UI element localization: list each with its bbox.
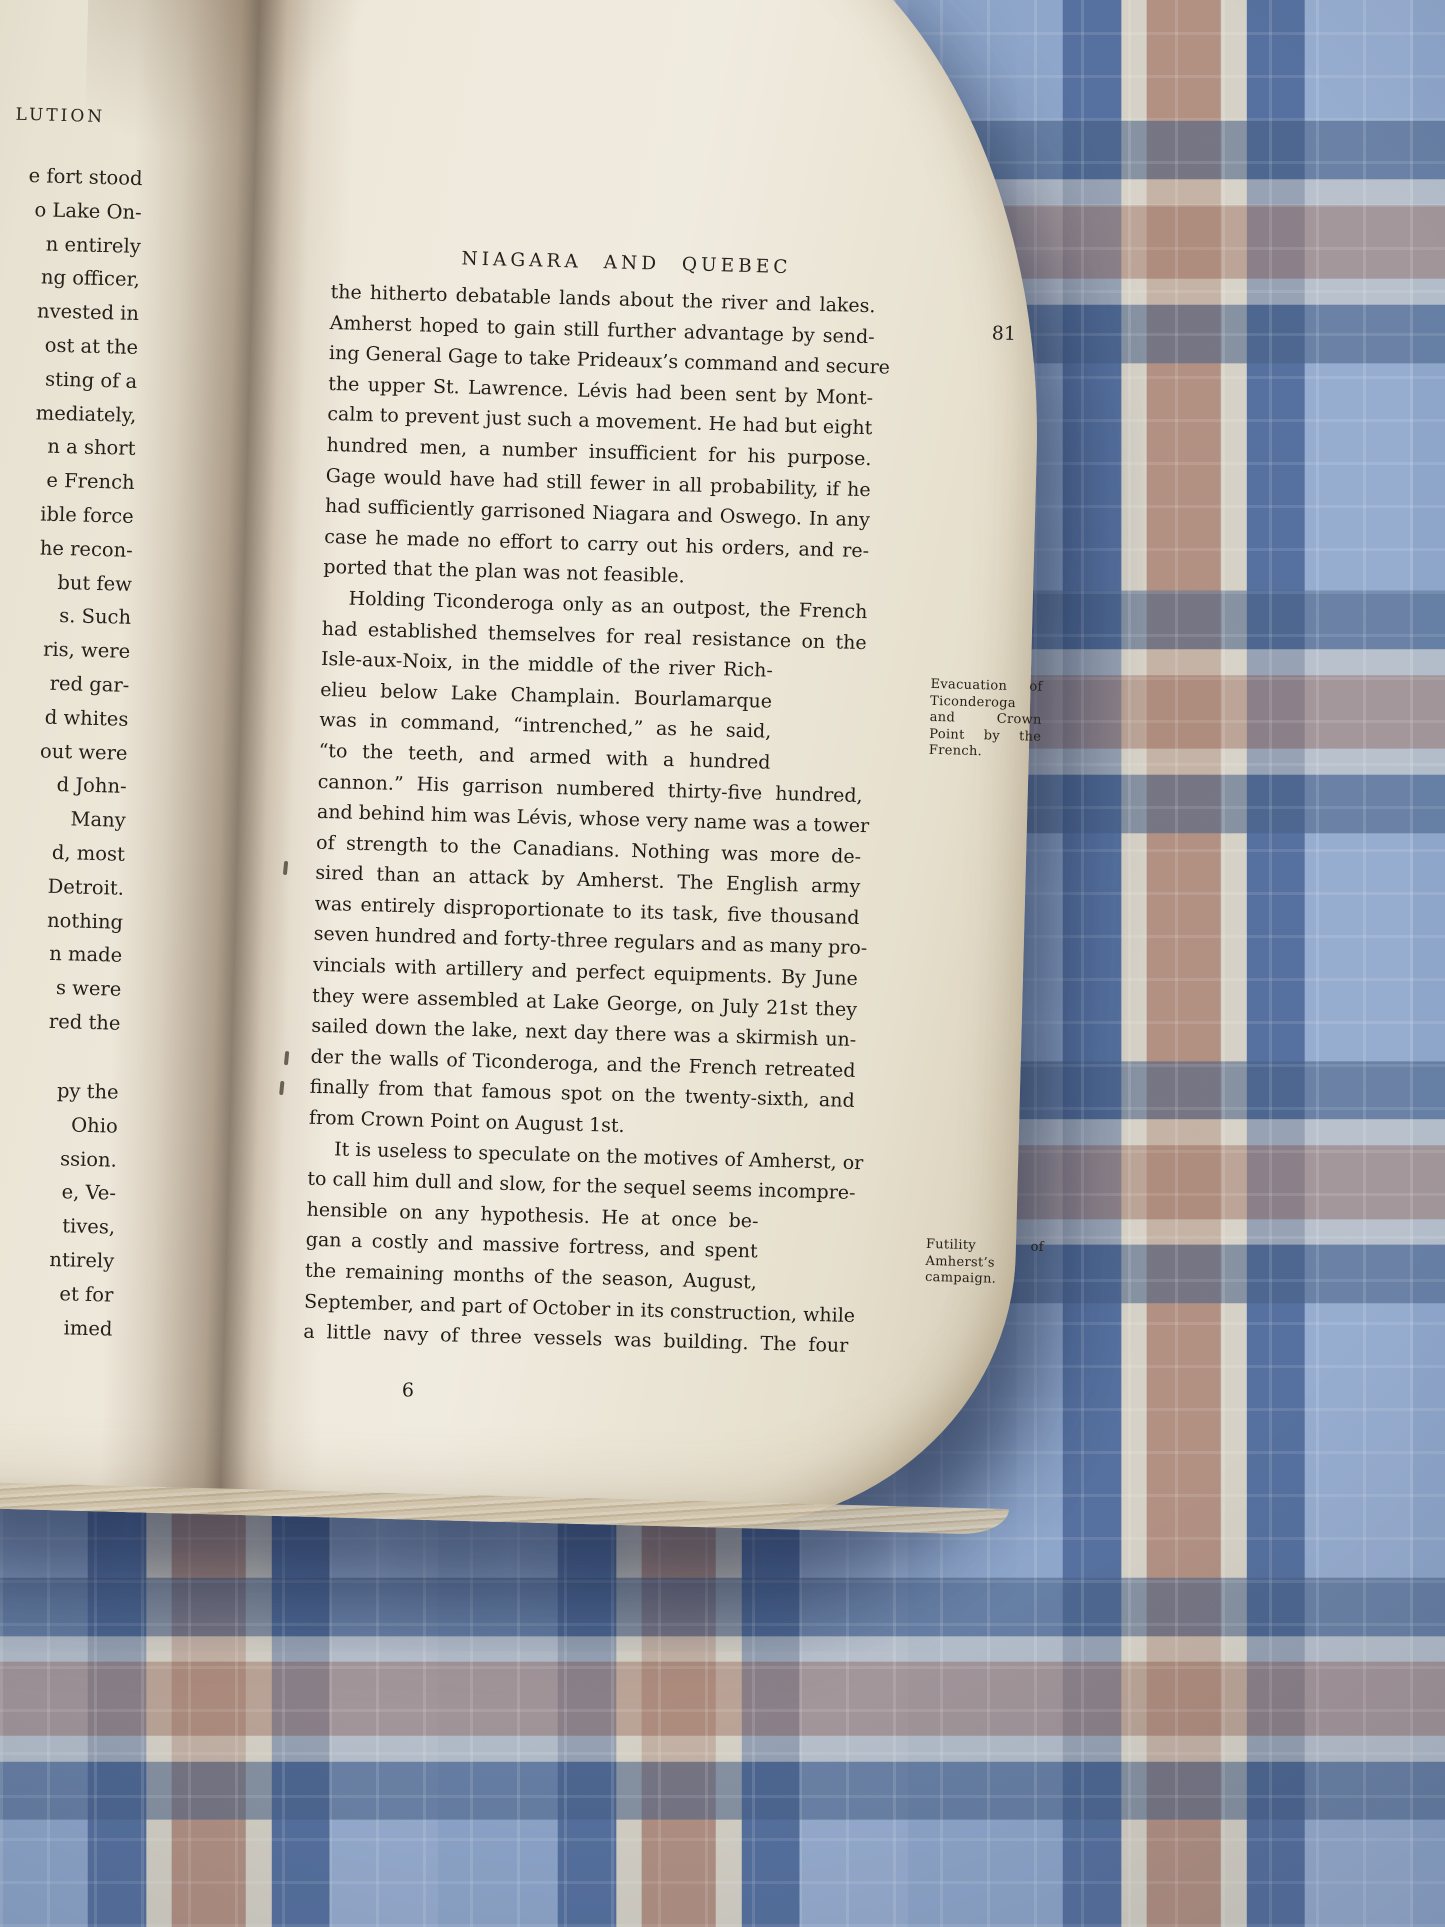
left-page-line-fragment: nvested in — [0, 290, 139, 331]
left-page-text-fragments: e fort stood o Lake On- n entirely ng of… — [0, 155, 143, 1041]
left-page-line-fragment: py the — [0, 1068, 119, 1109]
left-page-text-fragments-bottom: py the Ohio ssion. e, Ve- tives, ntirely… — [0, 1068, 119, 1346]
left-page-line-fragment: Many — [0, 797, 126, 838]
left-page-line-fragment: e, Ve- — [0, 1170, 116, 1211]
left-page-line-fragment: tives, — [0, 1204, 116, 1245]
left-page-line-fragment: s. Such — [0, 594, 131, 635]
left-page-line-fragment: Ohio — [0, 1102, 118, 1143]
left-page-line-fragment: s were — [0, 966, 122, 1007]
right-page-text-column: the hitherto debatable lands about the r… — [303, 277, 876, 1362]
left-page-line-fragment: o Lake On- — [0, 189, 142, 230]
left-page-line-fragment: et for — [0, 1271, 114, 1312]
left-page-line-fragment: he recon- — [0, 526, 133, 567]
running-head-title: NIAGARA AND QUEBEC — [376, 246, 876, 280]
left-page-line-fragment: d John- — [0, 763, 127, 804]
right-page-header: NIAGARA AND QUEBEC 81 — [331, 245, 876, 280]
page-number: 81 — [991, 322, 1016, 345]
left-page-line-fragment: sting of a — [0, 357, 138, 398]
left-page-line-fragment: n entirely — [0, 222, 141, 263]
signature-mark: 6 — [402, 1379, 415, 1401]
left-page-line-fragment: e French — [0, 459, 135, 500]
margin-note-futility: Futility of Amherst’s campaign. — [925, 1237, 1044, 1290]
left-page-line-fragment: n a short — [0, 425, 136, 466]
left-page-line-fragment: n made — [0, 932, 123, 973]
left-page-line-fragment: d whites — [0, 695, 129, 736]
left-page-line-fragment: e fort stood — [0, 155, 143, 196]
left-page-line-fragment: ris, were — [0, 628, 131, 669]
margin-note-evacuation: Evacuation of Ticonderoga and Crown Poin… — [929, 677, 1043, 762]
left-page-line-fragment: ntirely — [0, 1237, 115, 1278]
left-page-line-fragment: ng officer, — [0, 256, 140, 297]
left-page-line-fragment: Detroit. — [0, 864, 124, 905]
left-page-line-fragment: ible force — [0, 493, 134, 534]
left-page-line-fragment: d, most — [0, 830, 125, 871]
left-page-line-fragment: red gar- — [0, 662, 130, 703]
left-page-line-fragment: red the — [0, 999, 121, 1040]
left-page-line-fragment: ost at the — [0, 324, 139, 365]
open-book: LUTION e fort stood o Lake On- n entirel… — [0, 0, 1051, 1535]
